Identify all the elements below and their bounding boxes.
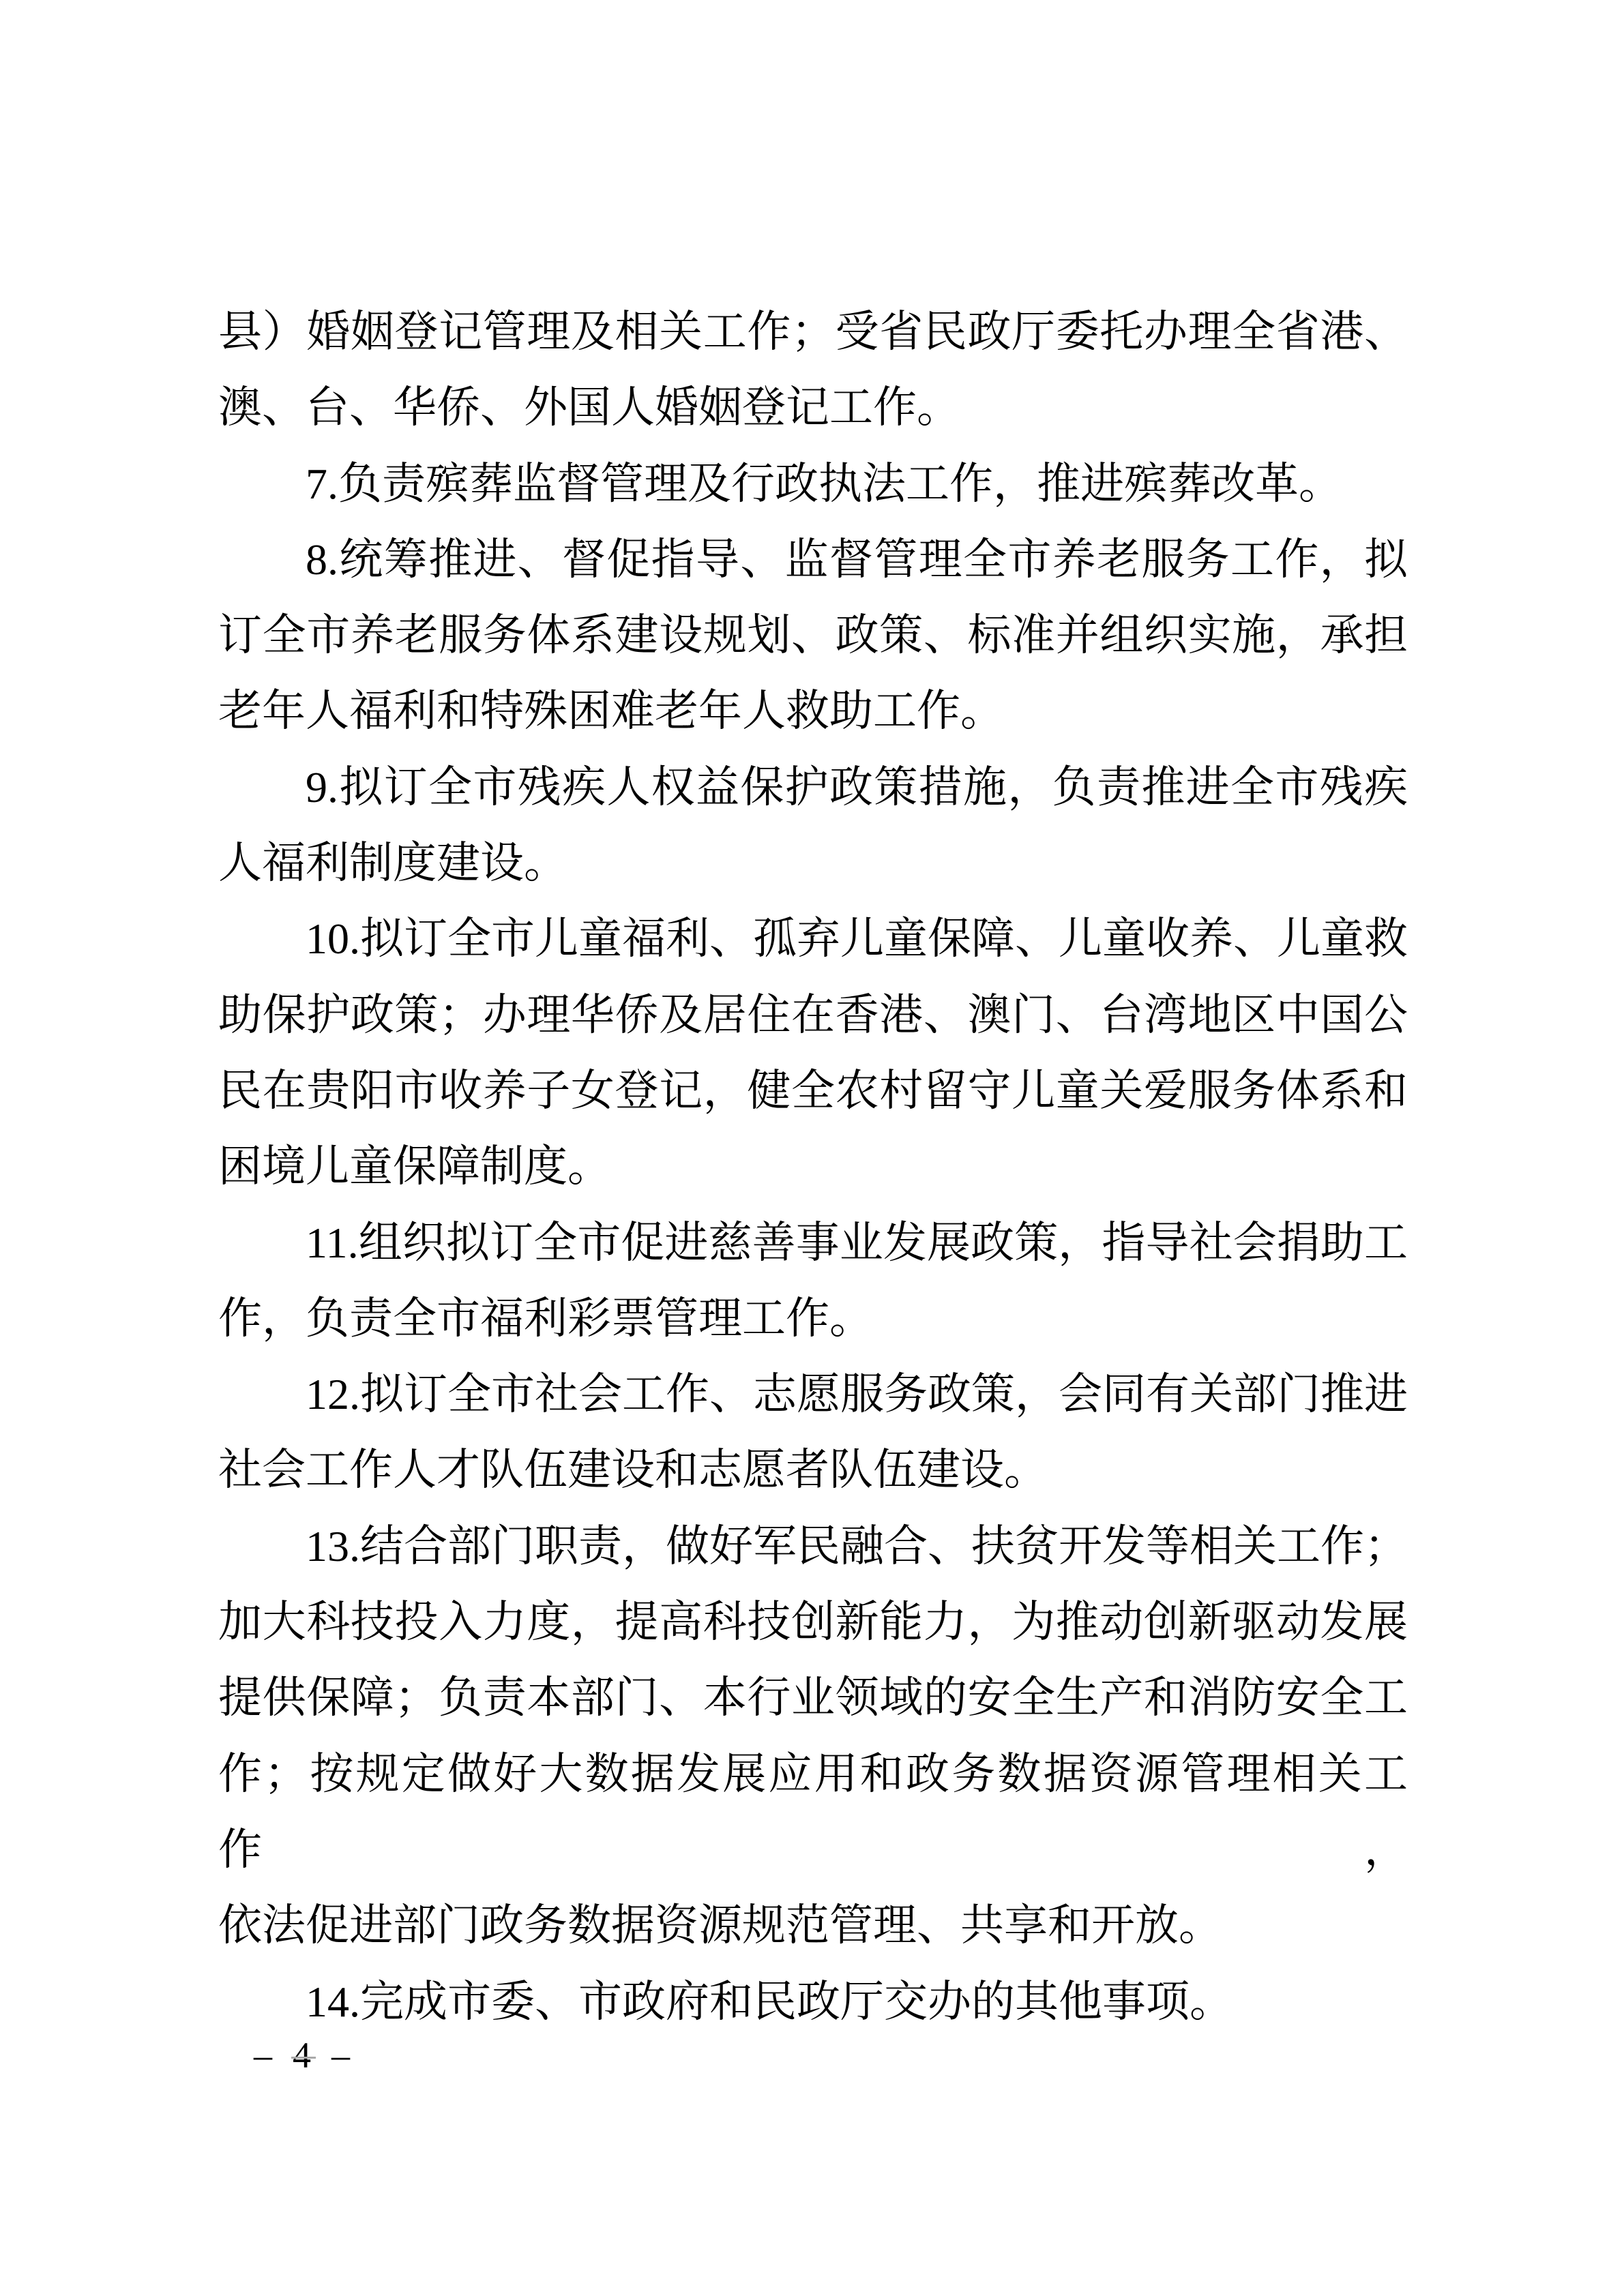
text-line: 10.拟订全市儿童福利、孤弃儿童保障、儿童收养、儿童救 [218,901,1408,976]
text-line: 困境儿童保障制度。 [218,1129,1408,1204]
text-line: 人福利制度建设。 [218,825,1408,901]
text-line: 作；按规定做好大数据发展应用和政务数据资源管理相关工作， [218,1736,1408,1888]
page-footer: – 4 – [254,2037,350,2074]
footer-dash-right: – [331,2037,350,2074]
text-line: 7.负责殡葬监督管理及行政执法工作，推进殡葬改革。 [218,446,1408,522]
footer-dash-left: – [254,2037,272,2074]
text-line: 12.拟订全市社会工作、志愿服务政策，会同有关部门推进 [218,1356,1408,1432]
text-line: 13.结合部门职责，做好军民融合、扶贫开发等相关工作； [218,1508,1408,1584]
text-line: 社会工作人才队伍建设和志愿者队伍建设。 [218,1432,1408,1508]
text-line: 澳、台、华侨、外国人婚姻登记工作。 [218,370,1408,445]
text-line: 助保护政策；办理华侨及居住在香港、澳门、台湾地区中国公 [218,977,1408,1053]
text-line: 8.统筹推进、督促指导、监督管理全市养老服务工作，拟 [218,522,1408,597]
page-number: 4 [293,2037,311,2074]
text-line: 订全市养老服务体系建设规划、政策、标准并组织实施，承担 [218,597,1408,673]
text-line: 作，负责全市福利彩票管理工作。 [218,1281,1408,1356]
text-line: 县）婚姻登记管理及相关工作；受省民政厅委托办理全省港、 [218,294,1408,370]
text-line: 14.完成市委、市政府和民政厅交办的其他事项。 [218,1964,1408,2040]
text-line: 老年人福利和特殊困难老年人救助工作。 [218,673,1408,749]
text-line: 民在贵阳市收养子女登记，健全农村留守儿童关爱服务体系和 [218,1053,1408,1129]
text-line: 11.组织拟订全市促进慈善事业发展政策，指导社会捐助工 [218,1205,1408,1281]
text-line: 依法促进部门政务数据资源规范管理、共享和开放。 [218,1888,1408,1963]
text-line: 加大科技投入力度，提高科技创新能力，为推动创新驱动发展 [218,1584,1408,1660]
text-line: 9.拟订全市残疾人权益保护政策措施，负责推进全市残疾 [218,749,1408,825]
page-number-underline [291,2057,316,2059]
document-page: 县）婚姻登记管理及相关工作；受省民政厅委托办理全省港、澳、台、华侨、外国人婚姻登… [0,0,1624,2296]
text-line: 提供保障；负责本部门、本行业领域的安全生产和消防安全工 [218,1660,1408,1735]
document-body: 县）婚姻登记管理及相关工作；受省民政厅委托办理全省港、澳、台、华侨、外国人婚姻登… [218,294,1408,2040]
